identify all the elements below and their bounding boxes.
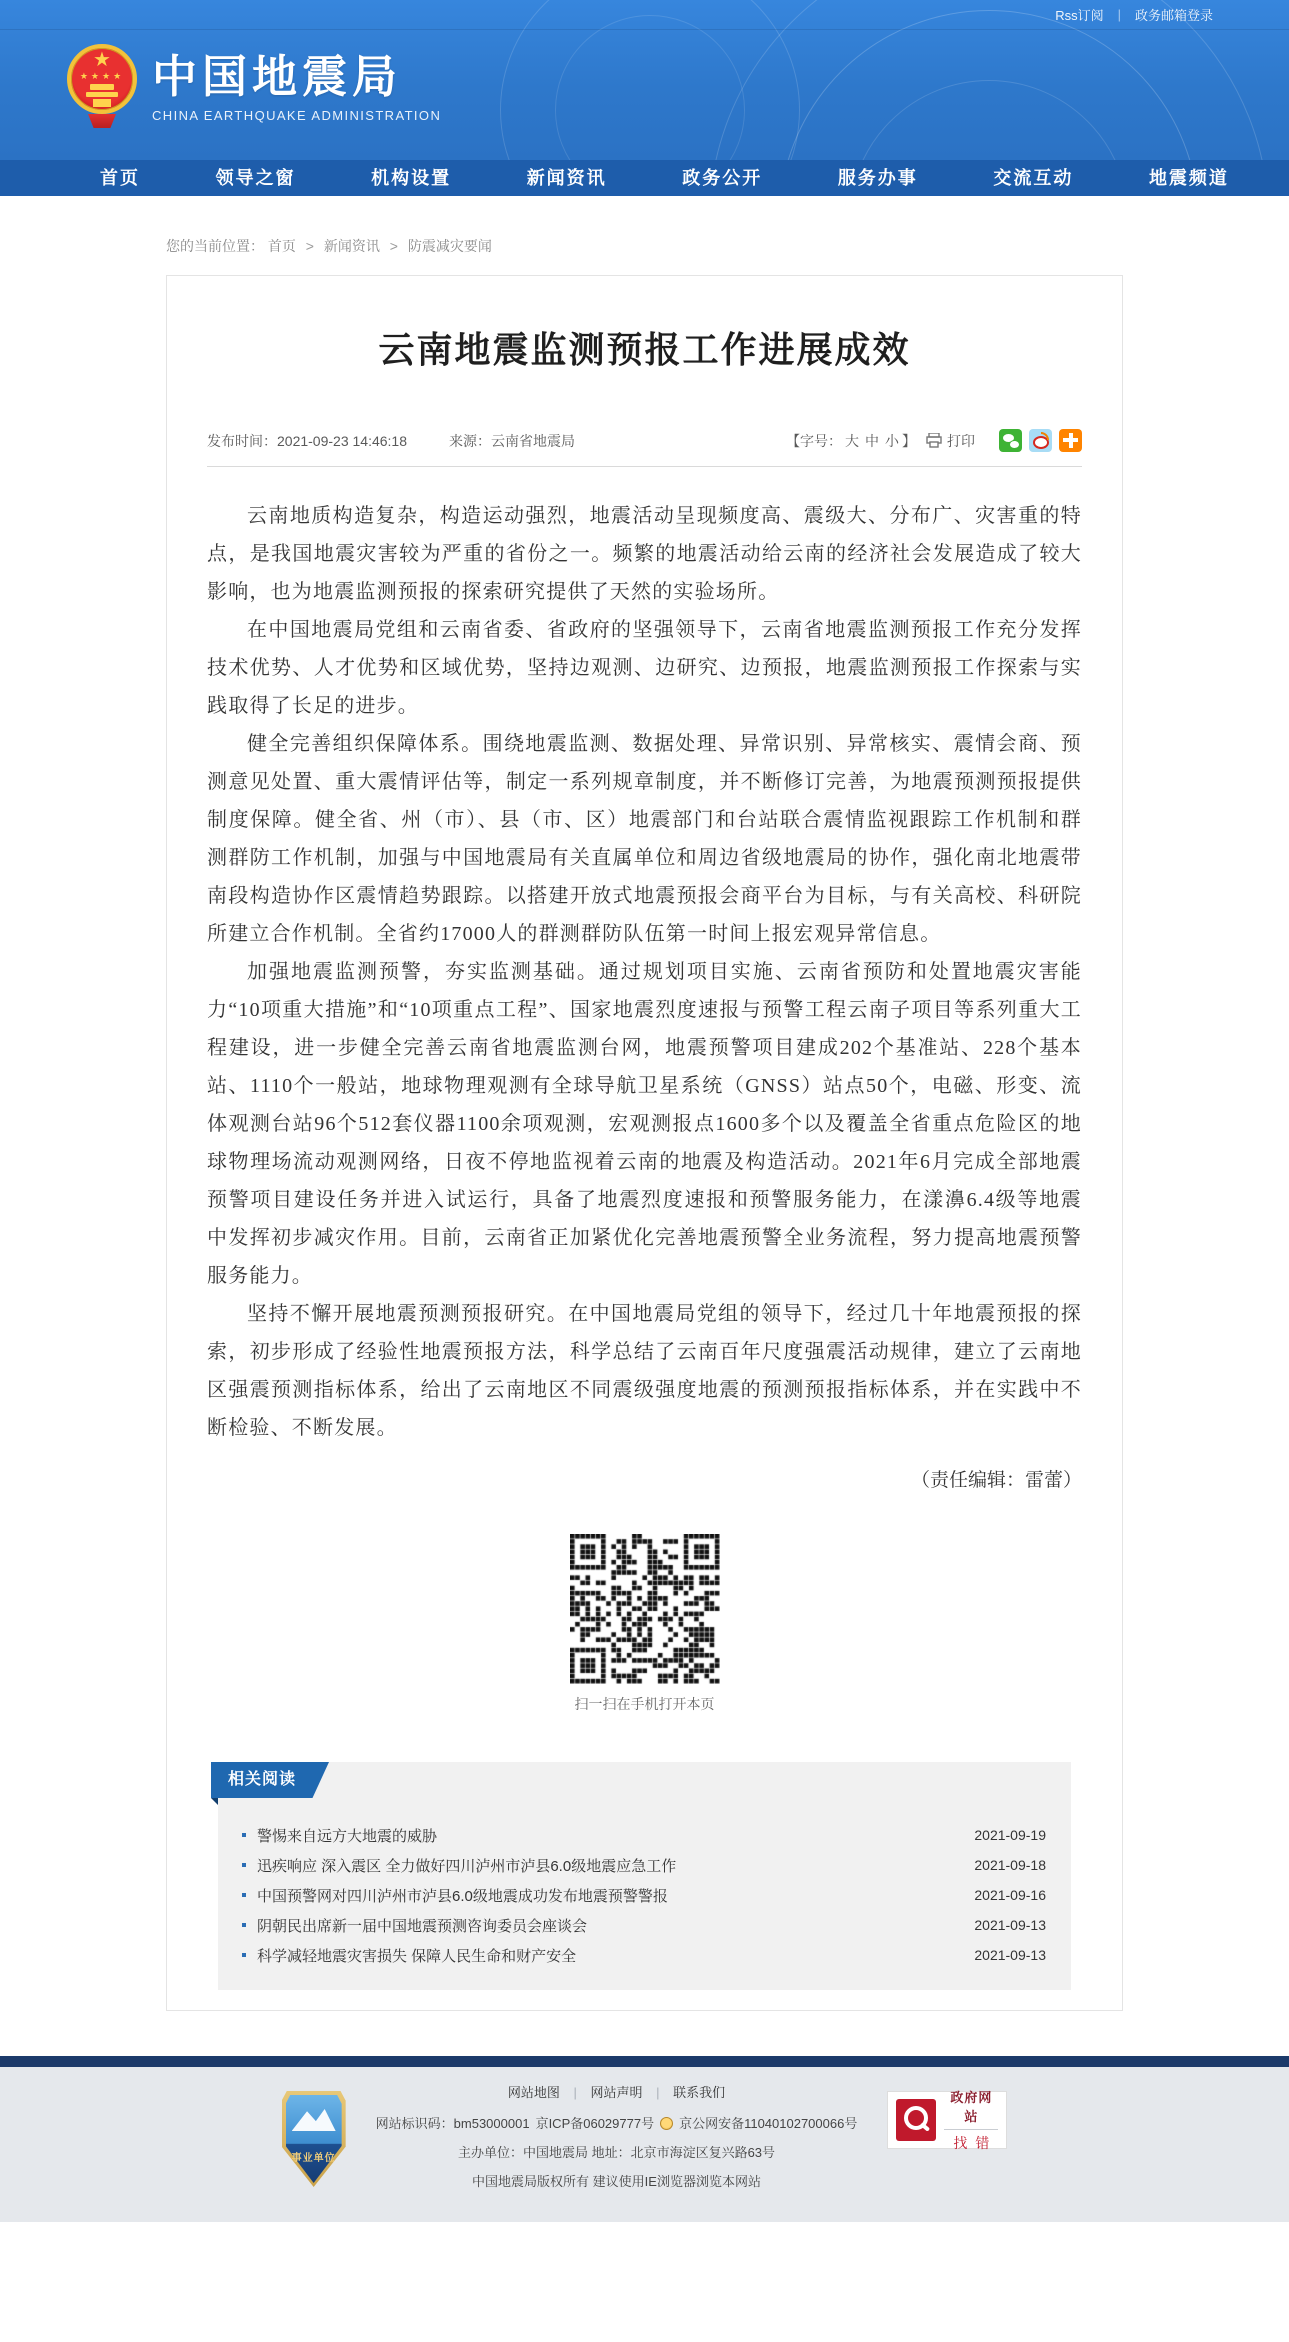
emblem-gate-icon <box>90 84 114 90</box>
footer-inner: 事业单位 网站地图 | 网站声明 | 联系我们 网站标识码：bm53000001… <box>0 2085 1289 2189</box>
magnifier-icon <box>896 2099 936 2141</box>
related-item-date: 2021-09-19 <box>974 1827 1046 1843</box>
public-institution-shield-badge[interactable]: 事业单位 <box>282 2091 346 2187</box>
breadcrumb-separator: > <box>306 238 314 254</box>
national-emblem-logo: ★ ★★★★ <box>66 44 138 130</box>
qr-caption: 扫一扫在手机打开本页 <box>207 1694 1082 1714</box>
breadcrumb-separator: > <box>390 238 398 254</box>
related-item-date: 2021-09-13 <box>974 1917 1046 1933</box>
nav-item-interaction[interactable]: 交流互动 <box>993 160 1073 196</box>
qr-section: 扫一扫在手机打开本页 <box>207 1534 1082 1714</box>
font-size-large-button[interactable]: 大 <box>845 433 859 449</box>
nav-item-home[interactable]: 首页 <box>100 160 140 196</box>
related-item-date: 2021-09-13 <box>974 1947 1046 1963</box>
footer-links: 网站地图 | 网站声明 | 联系我们 <box>376 2085 858 2100</box>
footer-link-separator: | <box>656 2085 659 2100</box>
find-error-action: 找错 <box>944 2129 998 2153</box>
article-paragraph: 加强地震监测预警，夯实监测基础。通过规划项目实施、云南省预防和处置地震灾害能力“… <box>207 953 1082 1295</box>
gov-mail-login-link[interactable]: 政务邮箱登录 <box>1135 5 1213 24</box>
footer-accent-bar <box>0 2056 1289 2067</box>
related-item[interactable]: 迅疾响应 深入震区 全力做好四川泸州市泸县6.0级地震应急工作 2021-09-… <box>238 1850 1046 1880</box>
related-item[interactable]: 阴朝民出席新一届中国地震预测咨询委员会座谈会 2021-09-13 <box>238 1910 1046 1940</box>
font-size-prefix: 【字号： <box>786 433 842 449</box>
share-icons <box>999 429 1082 452</box>
police-badge-icon <box>660 2117 673 2130</box>
article-source: 来源：云南省地震局 <box>449 431 575 451</box>
printer-icon <box>926 433 942 448</box>
font-size-label: 【字号：大中小】 <box>786 431 916 451</box>
bullet-icon <box>242 1923 246 1927</box>
breadcrumb: 您的当前位置： 首页 > 新闻资讯 > 防震减灾要闻 <box>166 236 1289 256</box>
footer-host-line: 主办单位：中国地震局 地址：北京市海淀区复兴路63号 <box>376 2145 858 2160</box>
article-paragraph: 健全完善组织保障体系。围绕地震监测、数据处理、异常识别、异常核实、震情会商、预测… <box>207 725 1082 953</box>
article-title: 云南地震监测预报工作进展成效 <box>207 322 1082 373</box>
related-item-link[interactable]: 迅疾响应 深入震区 全力做好四川泸州市泸县6.0级地震应急工作 <box>257 1855 954 1876</box>
breadcrumb-current[interactable]: 防震减灾要闻 <box>408 238 492 254</box>
article-meta: 发布时间：2021-09-23 14:46:18 来源：云南省地震局 【字号：大… <box>207 429 1082 466</box>
related-item-date: 2021-09-16 <box>974 1887 1046 1903</box>
find-error-title: 政府网站 <box>944 2087 998 2125</box>
bullet-icon <box>242 1863 246 1867</box>
nav-item-leaders[interactable]: 领导之窗 <box>216 160 296 196</box>
brand-text: 中国地震局 CHINA EARTHQUAKE ADMINISTRATION <box>152 52 441 123</box>
footer-link-sitemap[interactable]: 网站地图 <box>508 2085 560 2100</box>
related-item-date: 2021-09-18 <box>974 1857 1046 1873</box>
weibo-share-icon[interactable] <box>1029 429 1052 452</box>
site-code: 网站标识码：bm53000001 <box>376 2116 530 2131</box>
editor-credit: （责任编辑：雷蕾） <box>207 1465 1082 1492</box>
nav-item-news[interactable]: 新闻资讯 <box>527 160 607 196</box>
wechat-share-icon[interactable] <box>999 429 1022 452</box>
related-item[interactable]: 警惕来自远方大地震的威胁 2021-09-19 <box>238 1820 1046 1850</box>
police-record-link[interactable]: 京公网安备11040102700066号 <box>679 2116 857 2131</box>
footer-text: 网站地图 | 网站声明 | 联系我们 网站标识码：bm53000001 京ICP… <box>376 2085 858 2189</box>
qr-code <box>570 1534 720 1684</box>
related-item-link[interactable]: 科学减轻地震灾害损失 保障人民生命和财产安全 <box>257 1945 954 1966</box>
print-label: 打印 <box>947 431 975 451</box>
meta-left: 发布时间：2021-09-23 14:46:18 来源：云南省地震局 <box>207 431 575 451</box>
meta-right: 【字号：大中小】 打印 <box>786 429 1082 452</box>
publish-time: 发布时间：2021-09-23 14:46:18 <box>207 431 407 451</box>
article-paragraph: 坚持不懈开展地震预测预报研究。在中国地震局党组的领导下，经过几十年地震预报的探索… <box>207 1295 1082 1447</box>
article-body: 云南地质构造复杂，构造运动强烈，地震活动呈现频度高、震级大、分布广、灾害重的特点… <box>207 467 1082 1447</box>
main-nav: 首页 领导之窗 机构设置 新闻资讯 政务公开 服务办事 交流互动 地震频道 <box>0 160 1289 196</box>
topbar-separator: | <box>1118 7 1121 22</box>
nav-item-services[interactable]: 服务办事 <box>838 160 918 196</box>
font-size-medium-button[interactable]: 中 <box>865 433 879 449</box>
related-item[interactable]: 中国预警网对四川泸州市泸县6.0级地震成功发布地震预警警报 2021-09-16 <box>238 1880 1046 1910</box>
related-reading-ribbon: 相关阅读 <box>211 1762 329 1798</box>
print-button[interactable]: 打印 <box>926 431 975 451</box>
footer-copyright-line: 中国地震局版权所有 建议使用IE浏览器浏览本网站 <box>376 2174 858 2189</box>
footer-link-statement[interactable]: 网站声明 <box>590 2085 642 2100</box>
related-item-link[interactable]: 阴朝民出席新一届中国地震预测咨询委员会座谈会 <box>257 1915 954 1936</box>
site-subtitle: CHINA EARTHQUAKE ADMINISTRATION <box>152 108 441 123</box>
breadcrumb-home[interactable]: 首页 <box>268 238 296 254</box>
footer: 事业单位 网站地图 | 网站声明 | 联系我们 网站标识码：bm53000001… <box>0 2067 1289 2222</box>
bullet-icon <box>242 1893 246 1897</box>
ribbon-fold <box>211 1798 218 1805</box>
emblem-tassel <box>88 114 116 128</box>
emblem-star-icon: ★ <box>66 50 138 70</box>
related-item-link[interactable]: 警惕来自远方大地震的威胁 <box>257 1825 954 1846</box>
article-container: 云南地震监测预报工作进展成效 发布时间：2021-09-23 14:46:18 … <box>166 275 1123 2011</box>
nav-item-earthquake-channel[interactable]: 地震频道 <box>1149 160 1229 196</box>
bullet-icon <box>242 1833 246 1837</box>
footer-link-separator: | <box>573 2085 576 2100</box>
related-item[interactable]: 科学减轻地震灾害损失 保障人民生命和财产安全 2021-09-13 <box>238 1940 1046 1970</box>
topbar: Rss订阅 | 政务邮箱登录 <box>0 0 1289 30</box>
find-error-text: 政府网站 找错 <box>944 2087 998 2153</box>
shield-label: 事业单位 <box>282 2149 346 2164</box>
related-reading-panel: 相关阅读 警惕来自远方大地震的威胁 2021-09-19 迅疾响应 深入震区 全… <box>218 1762 1071 1990</box>
nav-item-gov-affairs[interactable]: 政务公开 <box>682 160 762 196</box>
breadcrumb-prefix: 您的当前位置： <box>166 238 264 254</box>
nav-item-organization[interactable]: 机构设置 <box>371 160 451 196</box>
masthead: Rss订阅 | 政务邮箱登录 ★ ★★★★ 中国地震局 CHINA EARTHQ… <box>0 0 1289 160</box>
article-paragraph: 在中国地震局党组和云南省委、省政府的坚强领导下，云南省地震监测预报工作充分发挥技… <box>207 611 1082 725</box>
footer-registration-line: 网站标识码：bm53000001 京ICP备06029777号 京公网安备110… <box>376 2116 858 2131</box>
footer-link-contact[interactable]: 联系我们 <box>673 2085 725 2100</box>
site-title: 中国地震局 <box>152 52 441 102</box>
emblem-gate-icon <box>93 99 111 107</box>
font-size-suffix: 】 <box>902 433 916 449</box>
related-item-link[interactable]: 中国预警网对四川泸州市泸县6.0级地震成功发布地震预警警报 <box>257 1885 954 1906</box>
emblem-gate-icon <box>86 92 118 97</box>
emblem-ministars-icon: ★★★★ <box>66 71 138 82</box>
bullet-icon <box>242 1953 246 1957</box>
icp-number-link[interactable]: 京ICP备06029777号 <box>536 2116 655 2131</box>
shield-inner <box>286 2095 342 2183</box>
font-size-small-button[interactable]: 小 <box>885 433 899 449</box>
rss-subscribe-link[interactable]: Rss订阅 <box>1055 5 1103 24</box>
article-paragraph: 云南地质构造复杂，构造运动强烈，地震活动呈现频度高、震级大、分布广、灾害重的特点… <box>207 497 1082 611</box>
breadcrumb-news[interactable]: 新闻资讯 <box>324 238 380 254</box>
more-share-icon[interactable] <box>1059 429 1082 452</box>
gov-site-error-report-widget[interactable]: 政府网站 找错 <box>887 2091 1007 2149</box>
site-brand[interactable]: ★ ★★★★ 中国地震局 CHINA EARTHQUAKE ADMINISTRA… <box>66 44 1289 130</box>
